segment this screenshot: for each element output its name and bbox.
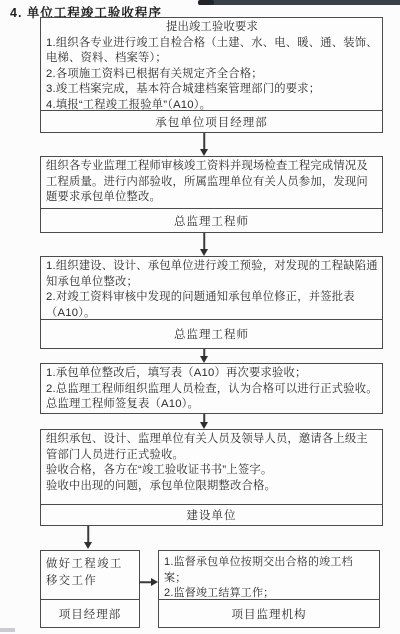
- box-line: 2.监督竣工结算工作；: [164, 586, 375, 599]
- box-line: 4.填报“工程竣工报验单”（A10）。: [46, 98, 378, 111]
- flow-box-request-acceptance: 提出竣工验收要求 1.组织各专业进行竣工自检合格（土建、水、电、暖、通、装饰、电…: [40, 17, 383, 133]
- box-line: 组织各专业监理工程师审核竣工资料并现场检查工程完成情况及工程质量。进行内部验收，…: [46, 159, 378, 206]
- box-title: 提出竣工验收要求: [46, 20, 378, 36]
- arrow-head: [200, 356, 208, 363]
- box-line: 1.承包单位整改后，填写表（A10）再次要求验收；: [46, 366, 378, 382]
- box-line: 组织承包、设计、监理单位有关人员及领导人员，邀请各上级主管部门人员进行正式验收。: [46, 432, 378, 463]
- arrow-head: [200, 249, 208, 256]
- arrow-head: [151, 578, 158, 586]
- arrow-down-icon: [199, 233, 209, 256]
- box-line: 总监理工程师签复表（A10）。: [46, 397, 378, 413]
- box-line: 2.各项施工资料已根据有关规定齐全合格；: [46, 67, 378, 83]
- box-content: 组织承包、设计、监理单位有关人员及领导人员，邀请各上级主管部门人员进行正式验收。…: [41, 430, 382, 504]
- flow-box-pre-acceptance: 1.组织建设、设计、承包单位进行竣工预验，对发现的工程缺陷通知承包单位整改； 2…: [40, 256, 383, 349]
- box-line: 验收中出现的问题，承包单位限期整改合格。: [46, 479, 378, 495]
- arrow-head: [84, 542, 92, 549]
- box-line: 验收合格，各方在“竣工验收证书书”上签字。: [46, 463, 378, 479]
- page-corner-artifact: [0, 628, 15, 632]
- box-line: 3.竣工档案完成，基本符合城建档案管理部门的要求；: [46, 82, 378, 98]
- box-responsible-label: 项目监理机构: [159, 599, 379, 627]
- arrow-head: [200, 149, 208, 156]
- box-content: 做好工程竣工移交工作: [41, 551, 139, 599]
- box-line: 2.对竣工资料审核中发现的问题通知承包单位修正，并签批表（A10）。: [46, 290, 378, 319]
- flow-box-internal-check: 组织各专业监理工程师审核竣工资料并现场检查工程完成情况及工程质量。进行内部验收，…: [40, 156, 383, 233]
- box-line: 1.组织各专业进行竣工自检合格（土建、水、电、暖、通、装饰、电梯、资料、档案等）…: [46, 36, 378, 67]
- arrow-right-icon: [139, 577, 158, 587]
- box-line: 做好工程竣工移交工作: [46, 556, 135, 590]
- box-line: 1.监督承包单位按期交出合格的竣工档案；: [164, 555, 375, 586]
- arrow-down-icon: [199, 414, 209, 429]
- flow-box-handover: 做好工程竣工移交工作 项目经理部: [40, 550, 140, 628]
- box-responsible-label: 承包单位项目经理部: [41, 110, 382, 132]
- flow-box-reinspection: 1.承包单位整改后，填写表（A10）再次要求验收； 2.总监理工程师组织监理人员…: [40, 363, 383, 414]
- arrow-head: [200, 422, 208, 429]
- box-responsible-label: 总监理工程师: [41, 319, 382, 348]
- box-content: 1.监督承包单位按期交出合格的竣工档案； 2.监督竣工结算工作； 3.工程进入质…: [159, 551, 379, 599]
- flow-box-formal-acceptance: 组织承包、设计、监理单位有关人员及领导人员，邀请各上级主管部门人员进行正式验收。…: [40, 429, 383, 526]
- arrow-down-icon: [199, 133, 209, 156]
- flow-box-supervision: 1.监督承包单位按期交出合格的竣工档案； 2.监督竣工结算工作； 3.工程进入质…: [158, 550, 380, 628]
- box-content: 1.承包单位整改后，填写表（A10）再次要求验收； 2.总监理工程师组织监理人员…: [41, 364, 382, 413]
- box-content: 组织各专业监理工程师审核竣工资料并现场检查工程完成情况及工程质量。进行内部验收，…: [41, 157, 382, 208]
- box-content: 提出竣工验收要求 1.组织各专业进行竣工自检合格（土建、水、电、暖、通、装饰、电…: [41, 18, 382, 110]
- document-page: 4. 单位工程竣工验收程序 提出竣工验收要求 1.组织各专业进行竣工自检合格（土…: [0, 0, 400, 634]
- box-responsible-label: 总监理工程师: [41, 208, 382, 232]
- window-edge-bar: [200, 0, 400, 5]
- arrow-down-icon: [199, 349, 209, 363]
- box-content: 1.组织建设、设计、承包单位进行竣工预验，对发现的工程缺陷通知承包单位整改； 2…: [41, 257, 382, 319]
- box-line: 2.总监理工程师组织监理人员检查，认为合格可以进行正式验收。: [46, 382, 378, 398]
- arrow-down-icon: [83, 526, 93, 549]
- box-line: 1.组织建设、设计、承包单位进行竣工预验，对发现的工程缺陷通知承包单位整改；: [46, 259, 378, 290]
- box-responsible-label: 项目经理部: [41, 599, 139, 627]
- box-responsible-label: 建设单位: [41, 504, 382, 525]
